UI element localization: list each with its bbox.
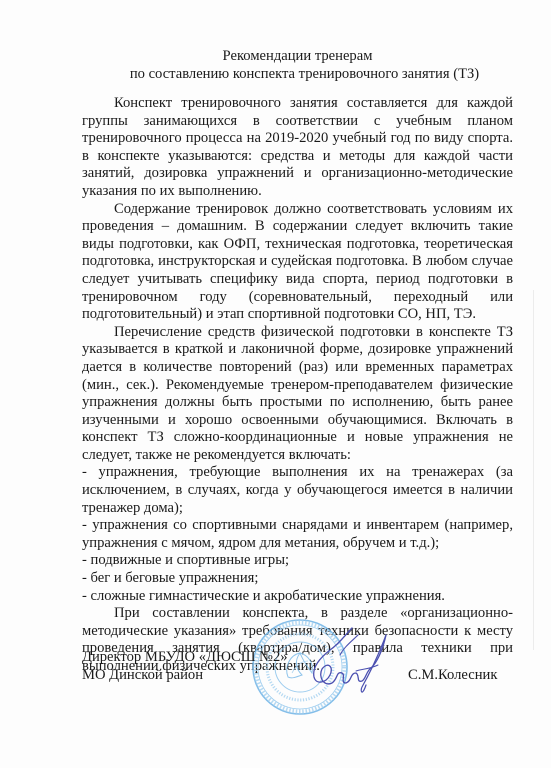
paragraph-3: Перечисление средств физической подготов… — [82, 324, 513, 465]
paragraph-1: Конспект тренировочного занятия составля… — [82, 95, 513, 201]
list-item: - упражнения, требующие выполнения их на… — [82, 464, 513, 517]
position-line-1: Директор МБУДО «ДЮСШ №2» — [82, 649, 288, 667]
document-body: Конспект тренировочного занятия составля… — [82, 95, 513, 676]
signatory-position: Директор МБУДО «ДЮСШ №2» МО Динской райо… — [82, 649, 288, 684]
list-item: - бег и беговые упражнения; — [82, 570, 513, 588]
title-line-1: Рекомендации тренерам — [82, 47, 513, 65]
document-title: Рекомендации тренерам по составлению кон… — [82, 47, 513, 83]
list-item: - подвижные и спортивные игры; — [82, 552, 513, 570]
title-line-2: по составлению конспекта тренировочного … — [96, 65, 513, 83]
position-line-2: МО Динской район — [82, 667, 288, 685]
paragraph-2: Содержание тренировок должно соответство… — [82, 201, 513, 324]
list-item: - упражнения со спортивными снарядами и … — [82, 517, 513, 552]
document-page: Рекомендации тренерам по составлению кон… — [0, 0, 551, 768]
handwritten-signature-icon — [300, 625, 390, 700]
list-item: - сложные гимнастические и акробатически… — [82, 588, 513, 606]
scan-edge-line — [533, 290, 534, 650]
signatory-name: С.М.Колесник — [408, 667, 497, 685]
